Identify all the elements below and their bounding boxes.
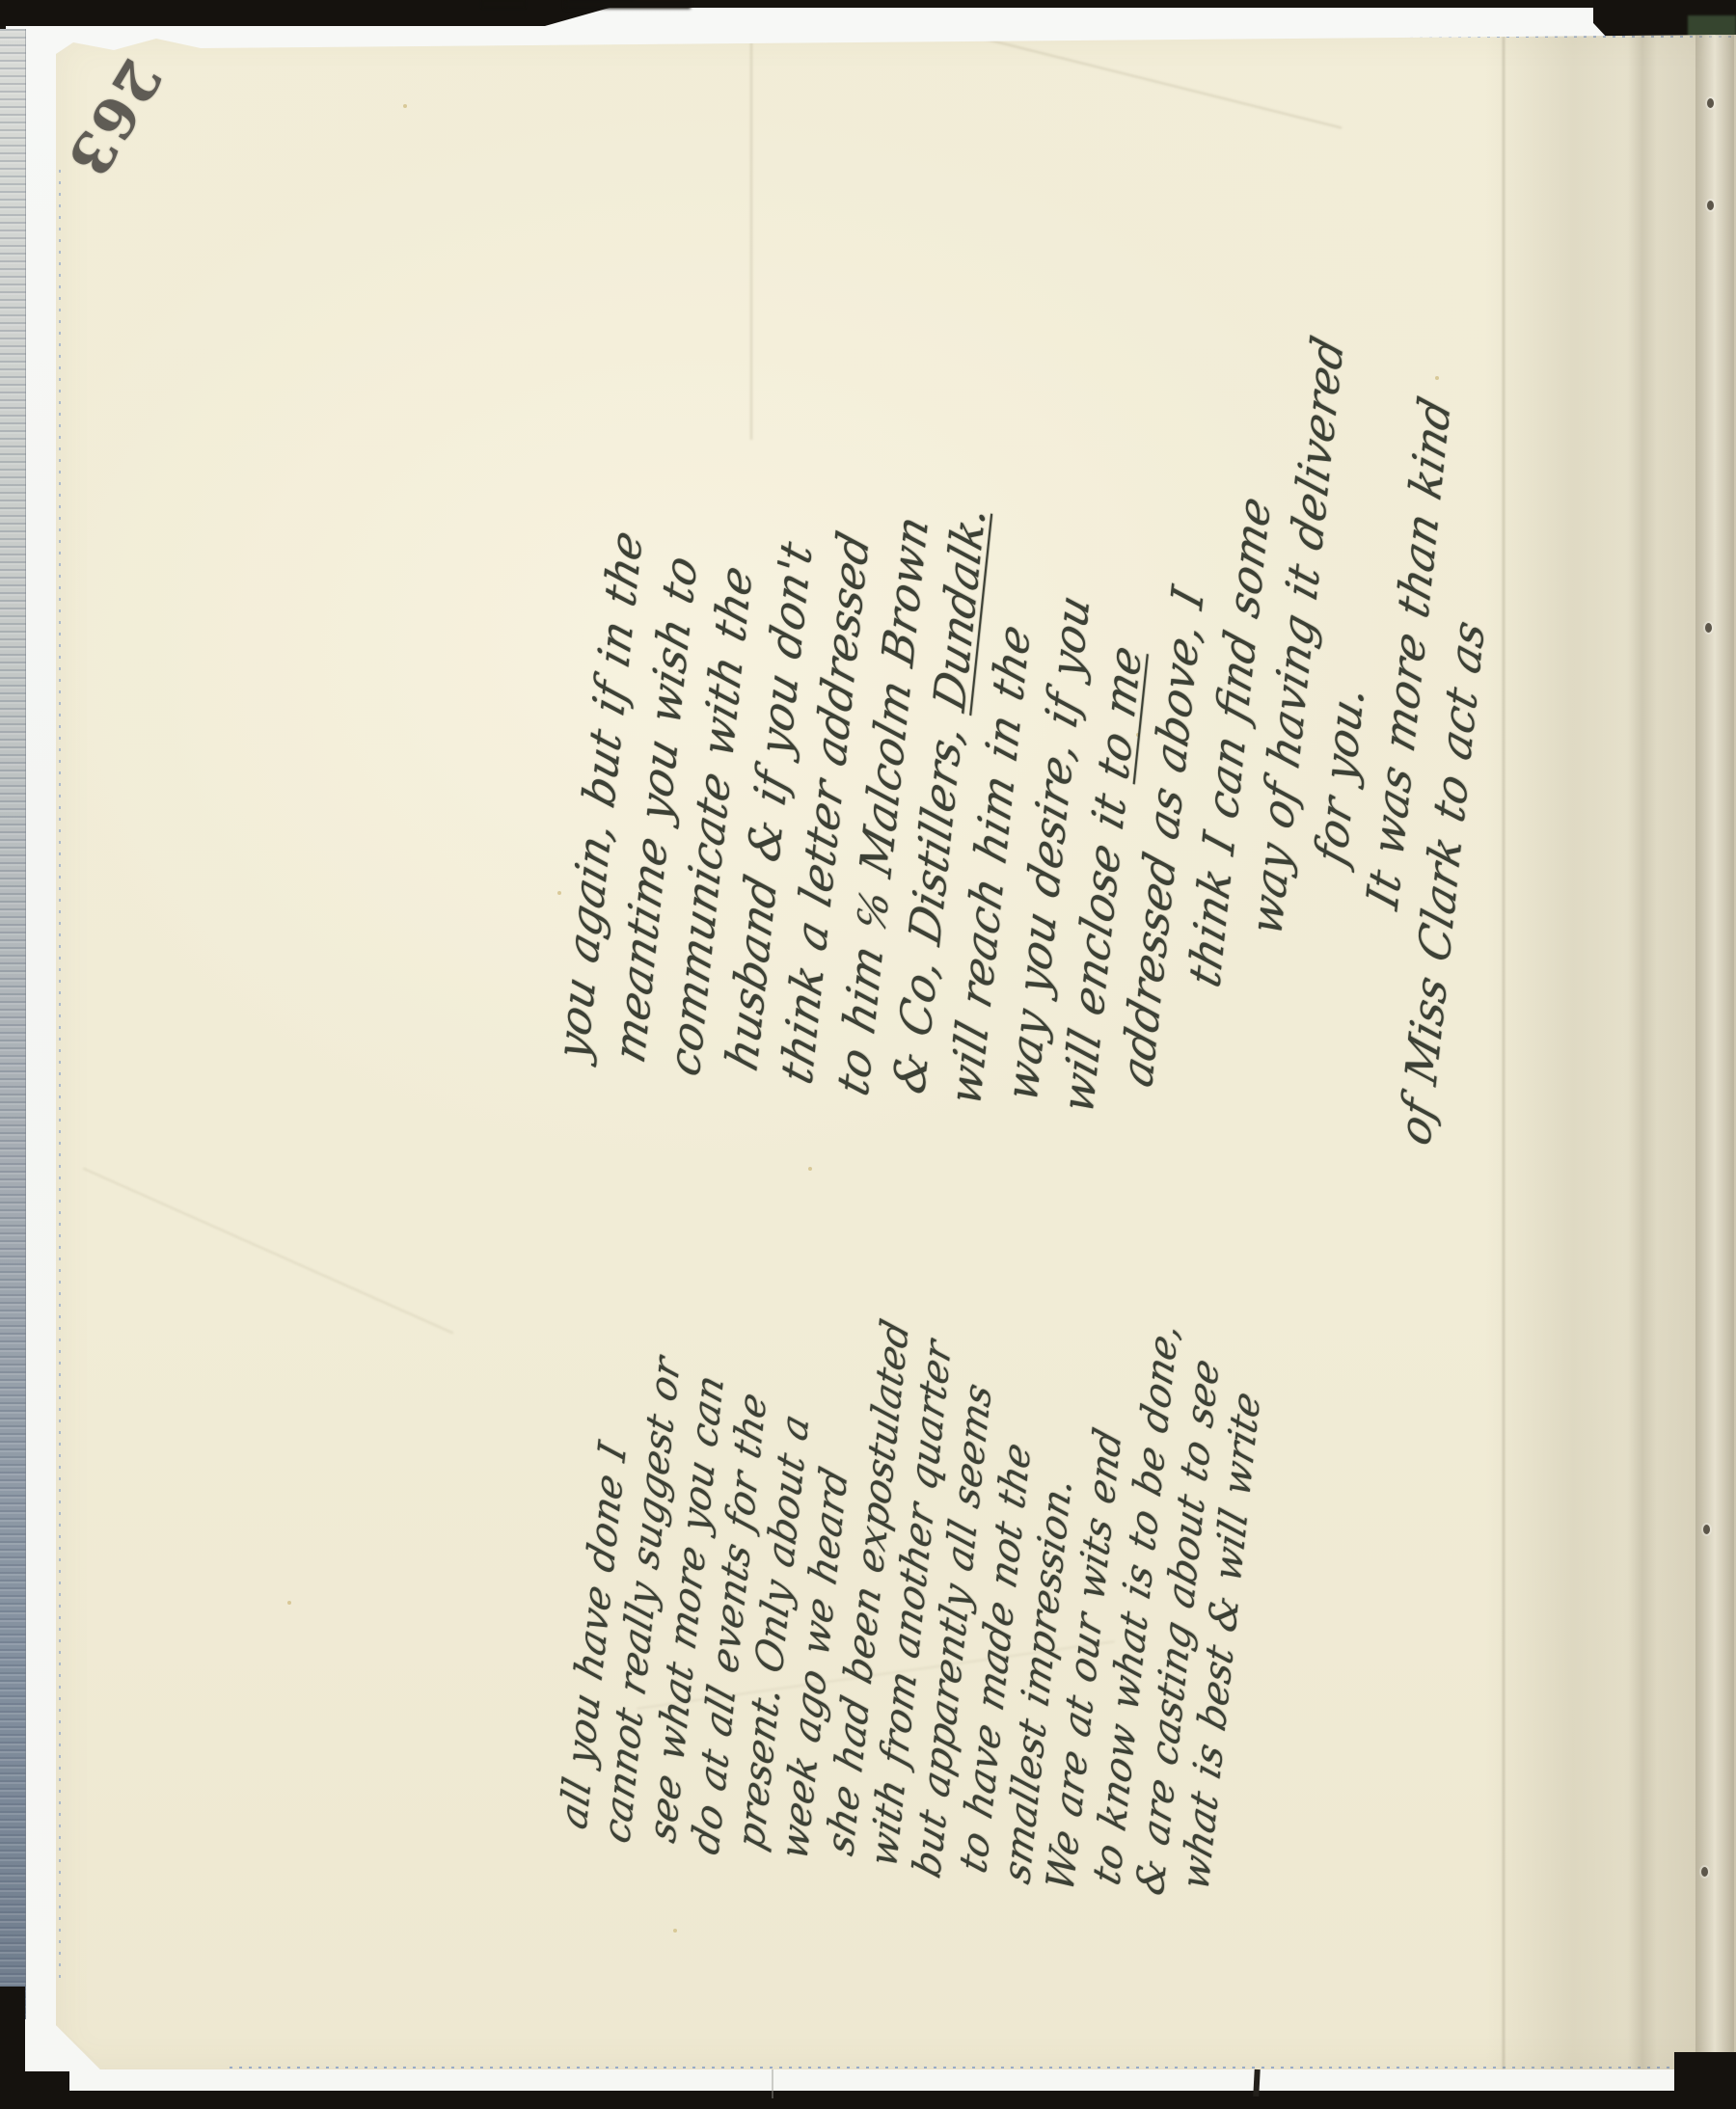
- paper-speck: [808, 1167, 812, 1171]
- letter-text-first-page: all you have done Icannot really suggest…: [550, 1208, 1283, 1911]
- scan-background-black: [565, 0, 691, 9]
- stitch-hole: [1701, 1867, 1708, 1877]
- scan-background-black: [0, 0, 637, 26]
- stitch-hole: [1707, 98, 1714, 108]
- scan-background-black: [482, 0, 525, 8]
- scan-background-black: [25, 2091, 1736, 2109]
- scanned-letterbook-spread: { "document": { "page_number": "263" }, …: [0, 0, 1736, 2109]
- ruled-dotted-border-left: [59, 170, 61, 1983]
- paper-speck: [287, 1601, 291, 1605]
- backing-sheet-seam: [772, 2069, 773, 2098]
- gutter-fold: [1695, 35, 1734, 2069]
- book-page-edges: [0, 29, 26, 2019]
- paper-speck: [673, 1929, 677, 1933]
- stitch-hole: [1705, 623, 1712, 633]
- stitch-hole: [1707, 201, 1714, 210]
- gutter-crease: [1628, 35, 1657, 2069]
- letter-text-second-page: you again, but if in themeantime you wis…: [543, 242, 1532, 1162]
- stitch-hole: [1703, 1525, 1710, 1534]
- scan-background-black: [0, 2071, 69, 2109]
- paper-speck: [403, 104, 407, 108]
- paper-crease: [83, 1168, 454, 1335]
- scan-background-black: [1674, 2052, 1736, 2109]
